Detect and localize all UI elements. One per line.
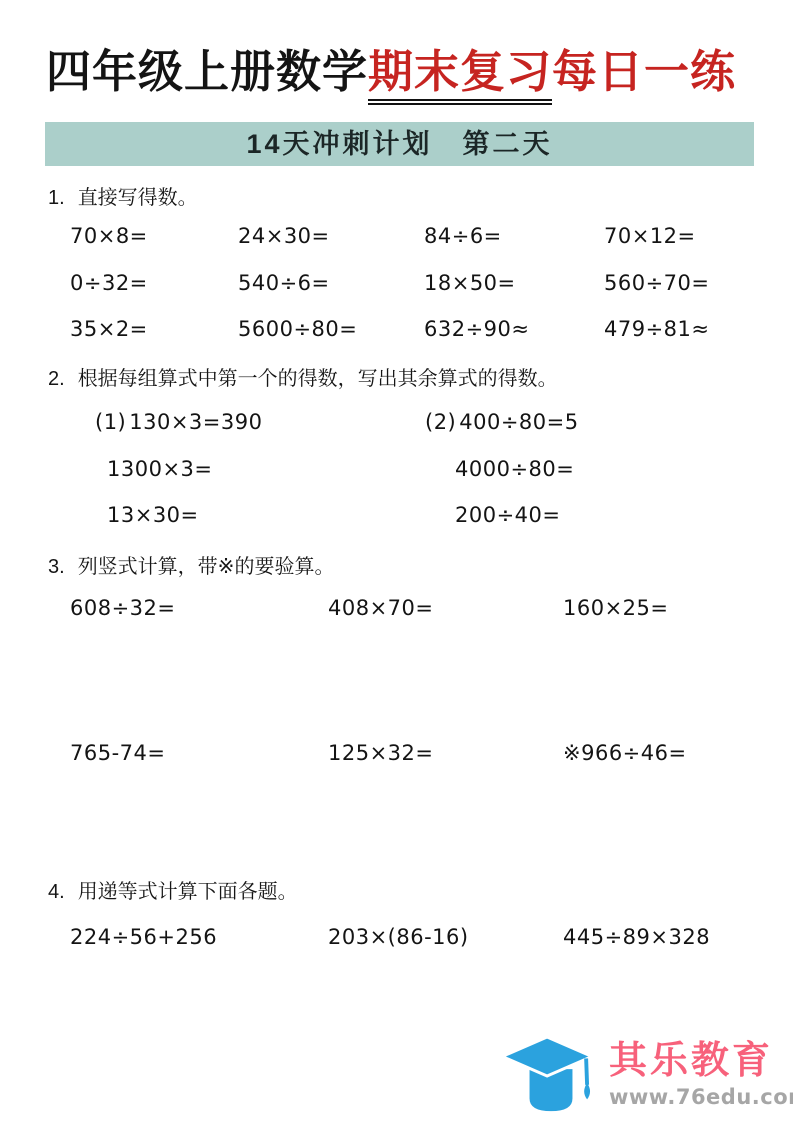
math-expression: 4000÷80= (455, 457, 574, 481)
column-calc-row: 765-74= 125×32= ※966÷46= (70, 741, 687, 765)
math-expression: 200÷40= (455, 503, 561, 527)
title-underlined-text: 期末复习 (368, 46, 552, 105)
title-part-red: 期末复习每日一练 (368, 46, 736, 105)
math-expression: 224÷56+256 (70, 925, 328, 949)
math-expression: 1300×3= (107, 457, 455, 481)
math-expression: ※966÷46= (563, 741, 687, 765)
section-title: 根据每组算式中第一个的得数，写出其余算式的得数。 (78, 368, 558, 390)
group-label: (2) (425, 410, 456, 434)
oral-math-row: 0÷32= 540÷6= 18×50= 560÷70= (70, 271, 710, 295)
given-equation: (1)130×3=390 (95, 410, 425, 434)
section-title: 直接写得数。 (78, 187, 198, 209)
title-part-black: 四年级上册数学 (46, 46, 368, 97)
section-2-heading: 2.根据每组算式中第一个的得数，写出其余算式的得数。 (48, 362, 558, 391)
given-equation: (2)400÷80=5 (425, 410, 579, 434)
plan-banner: 14天冲刺计划 第二天 (45, 122, 754, 166)
math-expression: 24×30= (238, 224, 424, 248)
math-expression: 160×25= (563, 596, 669, 620)
math-expression: 560÷70= (604, 271, 710, 295)
brand-logo: 其乐教育 www.76edu.com (501, 1036, 793, 1116)
math-expression: 765-74= (70, 741, 328, 765)
graduation-cap-icon (501, 1036, 601, 1116)
brand-name: 其乐教育 (609, 1042, 793, 1082)
math-expression: 540÷6= (238, 271, 424, 295)
math-expression: 5600÷80= (238, 317, 424, 341)
oral-math-row: 35×2= 5600÷80= 632÷90≈ 479÷81≈ (70, 317, 710, 341)
banner-text: 14天冲刺计划 第二天 (246, 129, 552, 159)
section-title: 用递等式计算下面各题。 (78, 881, 298, 903)
math-expression: 35×2= (70, 317, 238, 341)
brand-text-block: 其乐教育 www.76edu.com (609, 1042, 793, 1109)
math-expression: 18×50= (424, 271, 604, 295)
math-expression: 84÷6= (424, 224, 604, 248)
math-expression: 632÷90≈ (424, 317, 604, 341)
title-red-rest: 每日一练 (552, 46, 736, 97)
derived-equations-row: 13×30= 200÷40= (107, 503, 561, 527)
column-calc-row: 608÷32= 408×70= 160×25= (70, 596, 669, 620)
math-expression: 13×30= (107, 503, 455, 527)
math-expression: 408×70= (328, 596, 563, 620)
math-expression: 608÷32= (70, 596, 328, 620)
math-expression: 479÷81≈ (604, 317, 710, 341)
worksheet-page: 四年级上册数学期末复习每日一练 14天冲刺计划 第二天 1.直接写得数。 70×… (0, 0, 793, 1122)
math-expression: 70×8= (70, 224, 238, 248)
math-expression: 130×3=390 (129, 410, 262, 434)
group-label: (1) (95, 410, 126, 434)
math-expression: 125×32= (328, 741, 563, 765)
section-number: 1. (48, 187, 65, 210)
section-4-heading: 4.用递等式计算下面各题。 (48, 875, 298, 904)
brand-url: www.76edu.com (609, 1085, 793, 1109)
section-1-heading: 1.直接写得数。 (48, 181, 198, 210)
math-expression: 400÷80=5 (459, 410, 578, 434)
math-expression: 0÷32= (70, 271, 238, 295)
section-3-heading: 3.列竖式计算，带※的要验算。 (48, 550, 334, 579)
derived-equations-row: 1300×3= 4000÷80= (107, 457, 574, 481)
given-equations-row: (1)130×3=390 (2)400÷80=5 (95, 410, 579, 434)
section-number: 2. (48, 368, 65, 391)
math-expression: 203×(86-16) (328, 925, 563, 949)
section-title: 列竖式计算，带※的要验算。 (78, 556, 335, 578)
stepwise-calc-row: 224÷56+256 203×(86-16) 445÷89×328 (70, 925, 710, 949)
section-number: 3. (48, 556, 65, 579)
section-number: 4. (48, 881, 65, 904)
page-title: 四年级上册数学期末复习每日一练 (46, 47, 736, 97)
oral-math-row: 70×8= 24×30= 84÷6= 70×12= (70, 224, 696, 248)
math-expression: 445÷89×328 (563, 925, 710, 949)
math-expression: 70×12= (604, 224, 696, 248)
